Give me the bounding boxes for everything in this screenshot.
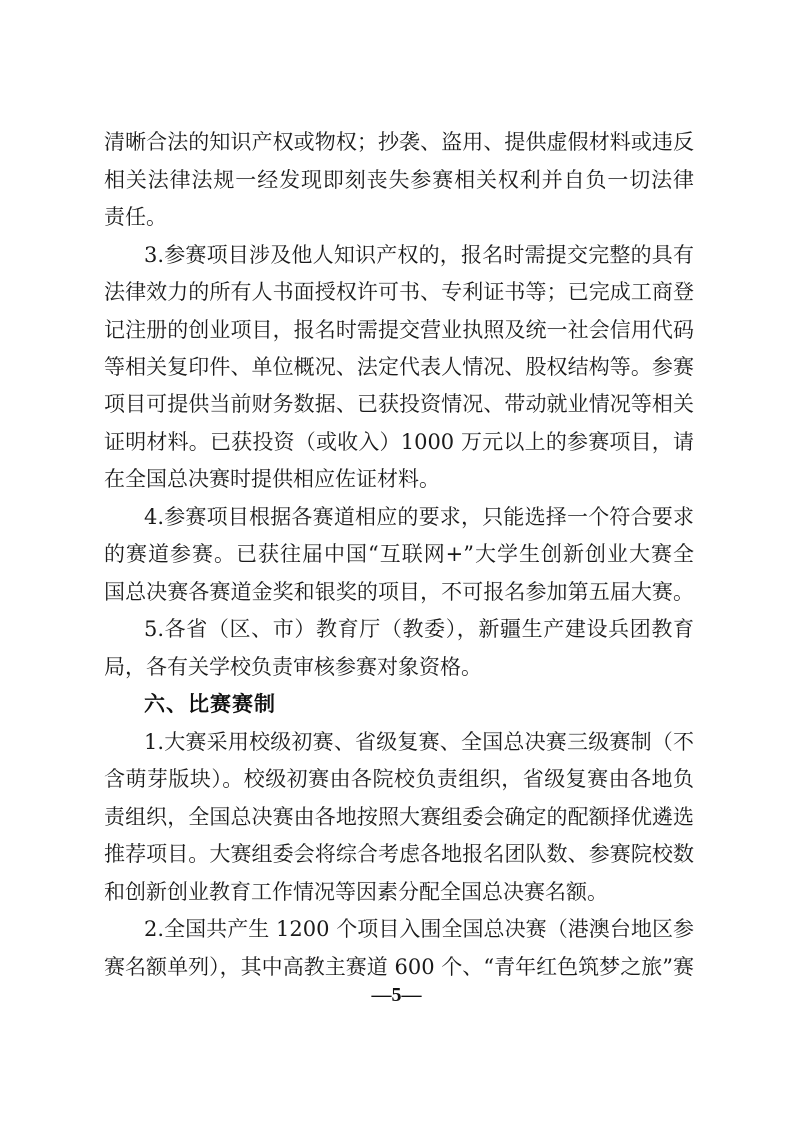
section-item-1-first-line: 1.大赛采用校级初赛、省级复赛、全国总决赛三级赛制（不 [144, 727, 694, 757]
text-line: 记注册的创业项目，报名时需提交营业执照及统一社会信用代码 [104, 315, 694, 345]
text-line: 等相关复印件、单位概况、法定代表人情况、股权结构等。参赛 [104, 352, 694, 382]
text-line: 法律效力的所有人书面授权许可书、专利证书等；已完成工商登 [104, 277, 694, 307]
text-line: 证明材料。已获投资（或收入）1000 万元以上的参赛项目，请 [104, 427, 694, 457]
text-line: 推荐项目。大赛组委会将综合考虑各地报名团队数、参赛院校数 [104, 839, 694, 869]
page-number: —5— [0, 984, 793, 1007]
text-line: 赛名额单列），其中高教主赛道 600 个、“青年红色筑梦之旅”赛 [104, 952, 694, 982]
section-heading: 六、比赛赛制 [144, 689, 276, 719]
text-line: 的赛道参赛。已获往届中国“互联网+”大学生创新创业大赛全 [104, 539, 694, 569]
text-line: 清晰合法的知识产权或物权；抄袭、盗用、提供虚假材料或违反 [104, 127, 694, 157]
list-item-5-first-line: 5.各省（区、市）教育厅（教委），新疆生产建设兵团教育 [144, 614, 694, 644]
text-line: 在全国总决赛时提供相应佐证材料。 [104, 464, 694, 494]
list-item-3-first-line: 3.参赛项目涉及他人知识产权的，报名时需提交完整的具有 [144, 240, 694, 270]
text-line: 责组织，全国总决赛由各地按照大赛组委会确定的配额择优遴选 [104, 802, 694, 832]
text-line: 和创新创业教育工作情况等因素分配全国总决赛名额。 [104, 877, 694, 907]
text-line: 局，各有关学校负责审核参赛对象资格。 [104, 652, 694, 682]
section-item-2-first-line: 2.全国共产生 1200 个项目入围全国总决赛（港澳台地区参 [144, 914, 694, 944]
list-item-4-first-line: 4.参赛项目根据各赛道相应的要求，只能选择一个符合要求 [144, 502, 694, 532]
text-line: 含萌芽版块）。校级初赛由各院校负责组织，省级复赛由各地负 [104, 764, 694, 794]
text-line: 责任。 [104, 202, 694, 232]
document-page: 清晰合法的知识产权或物权；抄袭、盗用、提供虚假材料或违反 相关法律法规一经发现即… [0, 0, 793, 1122]
text-line: 国总决赛各赛道金奖和银奖的项目，不可报名参加第五届大赛。 [104, 577, 694, 607]
text-line: 项目可提供当前财务数据、已获投资情况、带动就业情况等相关 [104, 389, 694, 419]
text-line: 相关法律法规一经发现即刻丧失参赛相关权利并自负一切法律 [104, 165, 694, 195]
